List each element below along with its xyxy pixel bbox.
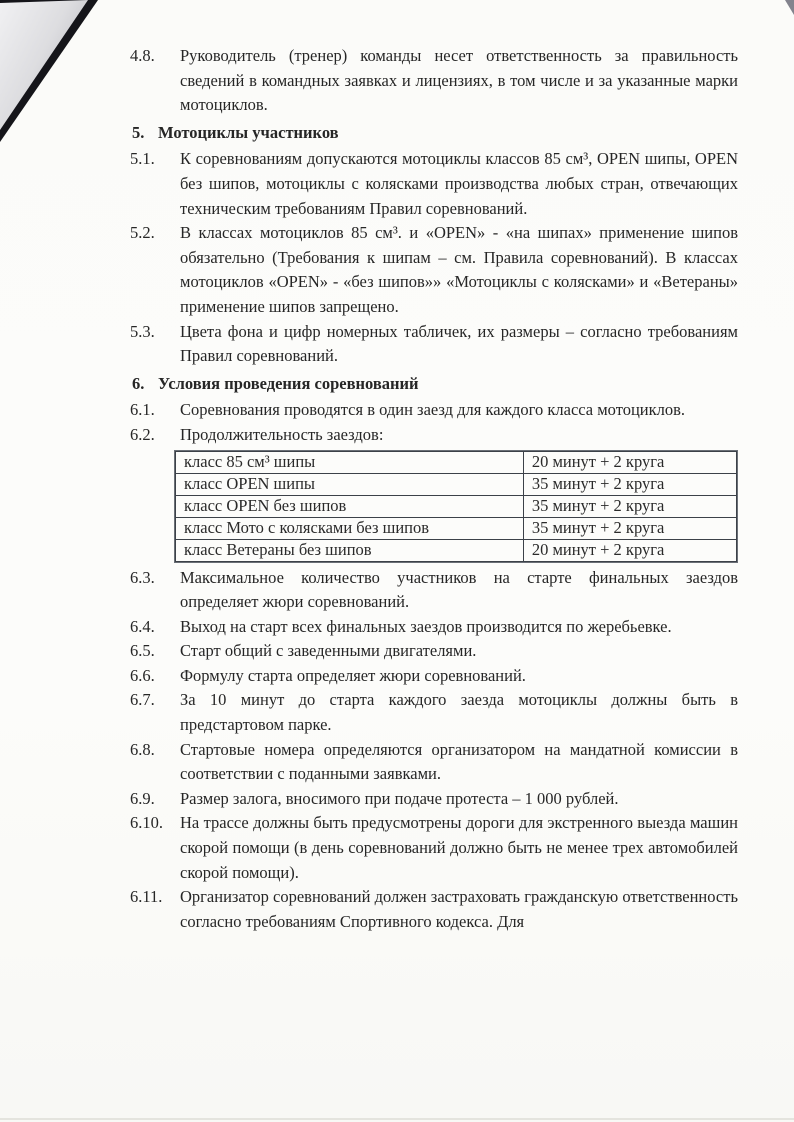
item-text: Стартовые номера определяются организато… <box>180 738 738 787</box>
scan-bottom-edge <box>0 1118 794 1120</box>
list-item-6-1: 6.1. Соревнования проводятся в один заез… <box>130 398 738 423</box>
duration-cell: 20 минут + 2 круга <box>523 539 736 561</box>
list-item-6-7: 6.7. За 10 минут до старта каждого заезд… <box>130 688 738 737</box>
duration-cell: 35 минут + 2 круга <box>523 517 736 539</box>
list-item-5-3: 5.3. Цвета фона и цифр номерных табличек… <box>130 320 738 369</box>
class-cell: класс 85 см³ шипы <box>176 451 524 473</box>
item-number: 6.10. <box>130 811 180 885</box>
duration-cell: 35 минут + 2 круга <box>523 473 736 495</box>
list-item-6-3: 6.3. Максимальное количество участников … <box>130 566 738 615</box>
item-text: Максимальное количество участников на ст… <box>180 566 738 615</box>
item-number: 6.5. <box>130 639 180 664</box>
item-number: 5.3. <box>130 320 180 369</box>
table-row: класс Ветераны без шипов 20 минут + 2 кр… <box>176 539 737 561</box>
class-cell: класс Ветераны без шипов <box>176 539 524 561</box>
list-item-4-8: 4.8. Руководитель (тренер) команды несет… <box>130 44 738 118</box>
section-heading-6: 6. Условия проведения соревнований <box>132 372 738 397</box>
item-number: 6.7. <box>130 688 180 737</box>
scanned-document-page: { "document": { "items": [ { "type": "it… <box>0 0 794 1122</box>
list-item-6-10: 6.10. На трассе должны быть предусмотрен… <box>130 811 738 885</box>
item-text: Соревнования проводятся в один заезд для… <box>180 398 738 423</box>
class-cell: класс Мото с колясками без шипов <box>176 517 524 539</box>
race-duration-table: класс 85 см³ шипы 20 минут + 2 круга кла… <box>175 451 737 562</box>
section-heading-5: 5. Мотоциклы участников <box>132 121 738 146</box>
class-cell: класс OPEN без шипов <box>176 495 524 517</box>
list-item-6-11: 6.11. Организатор соревнований должен за… <box>130 885 738 934</box>
item-number: 6.1. <box>130 398 180 423</box>
item-number: 6.9. <box>130 787 180 812</box>
item-number: 5.2. <box>130 221 180 319</box>
item-text: Руководитель (тренер) команды несет отве… <box>180 44 738 118</box>
item-number: 6.3. <box>130 566 180 615</box>
item-number: 6.2. <box>130 423 180 448</box>
item-number: 6.8. <box>130 738 180 787</box>
class-cell: класс OPEN шипы <box>176 473 524 495</box>
list-item-6-5: 6.5. Старт общий с заведенными двигателя… <box>130 639 738 664</box>
item-text: Формулу старта определяет жюри соревнова… <box>180 664 738 689</box>
duration-cell: 35 минут + 2 круга <box>523 495 736 517</box>
duration-cell: 20 минут + 2 круга <box>523 451 736 473</box>
list-item-6-2: 6.2. Продолжительность заездов: <box>130 423 738 448</box>
item-text: Выход на старт всех финальных заездов пр… <box>180 615 738 640</box>
item-text: Размер залога, вносимого при подаче прот… <box>180 787 738 812</box>
item-text: Цвета фона и цифр номерных табличек, их … <box>180 320 738 369</box>
heading-number: 5. <box>132 121 158 146</box>
item-number: 5.1. <box>130 147 180 221</box>
table-row: класс OPEN без шипов 35 минут + 2 круга <box>176 495 737 517</box>
heading-number: 6. <box>132 372 158 397</box>
table-row: класс Мото с колясками без шипов 35 мину… <box>176 517 737 539</box>
item-text: На трассе должны быть предусмотрены доро… <box>180 811 738 885</box>
heading-text: Условия проведения соревнований <box>158 372 738 397</box>
list-item-6-4: 6.4. Выход на старт всех финальных заезд… <box>130 615 738 640</box>
item-text: Продолжительность заездов: <box>180 423 738 448</box>
document-body: 4.8. Руководитель (тренер) команды несет… <box>130 44 738 934</box>
item-text: В классах мотоциклов 85 см³. и «OPEN» - … <box>180 221 738 319</box>
scan-edge-notch <box>785 0 794 15</box>
item-text: К соревнованиям допускаются мотоциклы кл… <box>180 147 738 221</box>
heading-text: Мотоциклы участников <box>158 121 738 146</box>
list-item-6-9: 6.9. Размер залога, вносимого при подаче… <box>130 787 738 812</box>
list-item-5-1: 5.1. К соревнованиям допускаются мотоцик… <box>130 147 738 221</box>
item-text: Организатор соревнований должен застрахо… <box>180 885 738 934</box>
item-number: 4.8. <box>130 44 180 118</box>
item-number: 6.4. <box>130 615 180 640</box>
list-item-6-6: 6.6. Формулу старта определяет жюри соре… <box>130 664 738 689</box>
list-item-6-8: 6.8. Стартовые номера определяются орган… <box>130 738 738 787</box>
item-number: 6.6. <box>130 664 180 689</box>
item-text: Старт общий с заведенными двигателями. <box>180 639 738 664</box>
list-item-5-2: 5.2. В классах мотоциклов 85 см³. и «OPE… <box>130 221 738 319</box>
item-text: За 10 минут до старта каждого заезда мот… <box>180 688 738 737</box>
table-row: класс OPEN шипы 35 минут + 2 круга <box>176 473 737 495</box>
table-row: класс 85 см³ шипы 20 минут + 2 круга <box>176 451 737 473</box>
item-number: 6.11. <box>130 885 180 934</box>
